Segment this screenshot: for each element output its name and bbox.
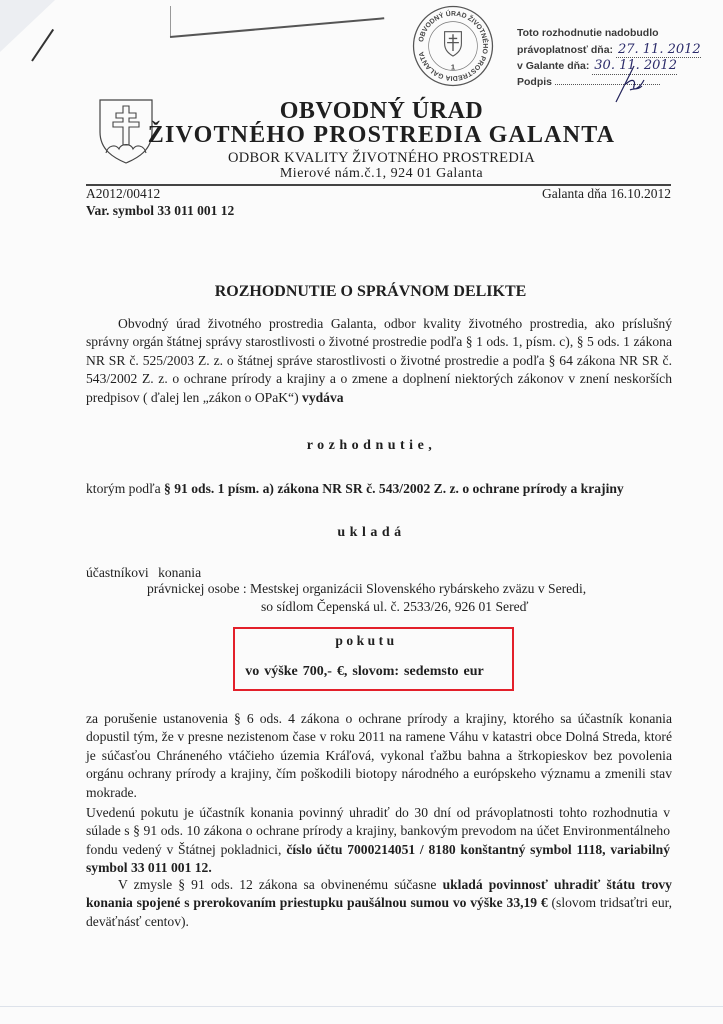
page-corner-fold (0, 0, 55, 52)
validity-date-label: právoplatnosť dňa: (517, 44, 613, 56)
costs-paragraph: V zmysle § 91 ods. 12 zákona sa obvinené… (86, 876, 672, 931)
intro-paragraph: Obvodný úrad životného prostredia Galant… (86, 315, 672, 407)
fine-amount: vo výške 700,- €, slovom: sedemsto eur (0, 664, 723, 680)
decision-heading: rozhodnutie, (0, 438, 723, 454)
official-round-stamp: OBVODNÝ ÚRAD ŽIVOTNÉHO PROSTREDIA GALANT… (411, 4, 495, 88)
galanta-date-label: v Galante dňa: (517, 60, 589, 72)
violation-paragraph: za porušenie ustanovenia § 6 ods. 4 záko… (86, 710, 672, 802)
imposes-heading: ukladá (0, 525, 723, 541)
reference-number: A2012/00412 (86, 186, 160, 202)
stamp-number: 1 (451, 63, 455, 72)
intro-bold: vydáva (302, 390, 344, 405)
variable-symbol: Var. symbol 33 011 001 12 (86, 203, 234, 219)
document-date: Galanta dňa 16.10.2012 (542, 186, 671, 202)
fine-heading: pokutu (0, 633, 723, 649)
participant-name: právnickej osobe : Mestskej organizácii … (147, 581, 586, 597)
validity-date-value: 27. 11. 2012 (616, 42, 701, 59)
pencil-tick (170, 6, 171, 36)
signature-label: Podpis (517, 76, 552, 88)
stamp-icon: OBVODNÝ ÚRAD ŽIVOTNÉHO PROSTREDIA GALANT… (411, 4, 495, 88)
department-name: ODBOR KVALITY ŽIVOTNÉHO PROSTREDIA (20, 150, 723, 167)
office-address: Mierové nám.č.1, 924 01 Galanta (20, 166, 723, 182)
legal-basis-bold: § 91 ods. 1 písm. a) zákona NR SR č. 543… (164, 481, 624, 496)
office-title-line2: ŽIVOTNÉHO PROSTREDIA GALANTA (20, 122, 723, 149)
document-title: ROZHODNUTIE O SPRÁVNOM DELIKTE (0, 283, 723, 301)
participant-label: účastníkovi konania (86, 565, 201, 581)
payment-paragraph: Uvedenú pokutu je účastník konania povin… (86, 804, 670, 878)
participant-address: so sídlom Čepenská ul. č. 2533/26, 926 0… (261, 599, 528, 615)
legal-basis-paragraph: ktorým podľa § 91 ods. 1 písm. a) zákona… (86, 480, 672, 498)
costs-plain: V zmysle § 91 ods. 12 zákona sa obvinené… (118, 877, 436, 892)
validity-line1: Toto rozhodnutie nadobudlo (517, 26, 701, 42)
pencil-line (170, 17, 384, 37)
validity-stamp: Toto rozhodnutie nadobudlo právoplatnosť… (517, 26, 701, 90)
intro-text: Obvodný úrad životného prostredia Galant… (86, 316, 672, 405)
office-title-line1: OBVODNÝ ÚRAD (20, 98, 723, 125)
legal-basis-plain: ktorým podľa (86, 481, 161, 496)
scan-artifact-line (0, 1006, 723, 1007)
